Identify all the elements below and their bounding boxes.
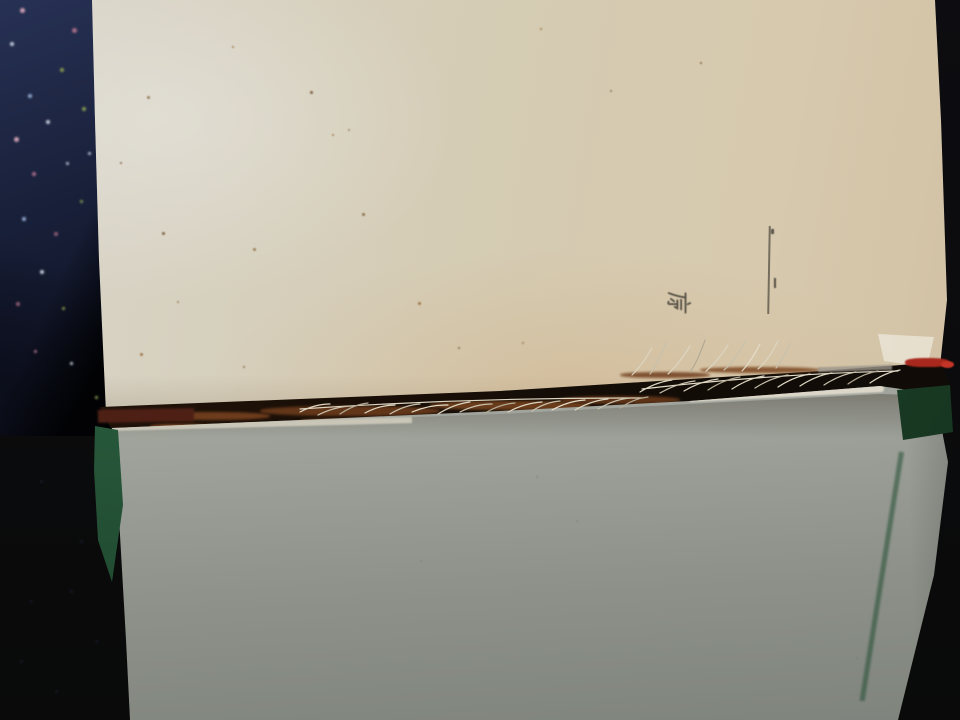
foxing-speck bbox=[147, 96, 150, 99]
flower-dot bbox=[10, 42, 14, 46]
foxing-speck bbox=[243, 366, 245, 368]
foxing-speck bbox=[540, 28, 542, 30]
page-speck bbox=[856, 657, 858, 659]
rust-patch bbox=[700, 367, 820, 373]
page-number-mark bbox=[774, 278, 776, 288]
background-speckle bbox=[55, 690, 58, 693]
foxing-speck bbox=[232, 46, 234, 48]
xu-character-strokes bbox=[666, 290, 692, 316]
flower-dot bbox=[72, 28, 77, 33]
flower-dot bbox=[66, 162, 69, 165]
foxing-speck bbox=[522, 342, 524, 344]
foxing-speck bbox=[418, 302, 421, 305]
flower-dot bbox=[70, 362, 73, 365]
flower-dot bbox=[20, 8, 25, 13]
foxing-speck bbox=[610, 90, 612, 92]
background-speckle bbox=[40, 480, 43, 483]
rule-tick-mark bbox=[771, 229, 774, 234]
flower-dot bbox=[46, 120, 50, 124]
maroon-spine-edge bbox=[98, 408, 194, 423]
background-speckle bbox=[30, 600, 33, 603]
foxing-speck bbox=[458, 347, 460, 349]
flower-dot bbox=[62, 307, 65, 310]
foxing-speck bbox=[362, 213, 365, 216]
preface-title-glyph-xu bbox=[666, 290, 692, 316]
flower-dot bbox=[14, 137, 19, 142]
background-speckle bbox=[20, 660, 23, 663]
rust-patch bbox=[260, 406, 440, 416]
flower-dot bbox=[16, 302, 20, 306]
flower-dot bbox=[54, 232, 58, 236]
foxing-speck bbox=[177, 301, 179, 303]
rust-patch bbox=[620, 372, 710, 378]
book-photograph: Щ▦Ж⊞Ф▧Э⊠Ѭ▨₩ ▤Ш≡Ѳ‡Я▦Ӝ§▧Ж⊡▧Ж▦Щ⊞Ф▨Э ⊠Ѭ₩▤Ш≡ … bbox=[0, 0, 960, 720]
page-speck bbox=[420, 560, 422, 562]
flower-dot bbox=[40, 270, 44, 274]
flower-dot bbox=[60, 68, 64, 72]
flower-dot bbox=[80, 200, 83, 203]
foxing-speck bbox=[310, 91, 313, 94]
background-speckle bbox=[80, 540, 83, 543]
flower-dot bbox=[95, 396, 98, 399]
background-speckle bbox=[70, 590, 73, 593]
flower-dot bbox=[22, 217, 26, 221]
flower-dot bbox=[34, 350, 37, 353]
foxing-speck bbox=[162, 232, 165, 235]
flower-dot bbox=[28, 94, 32, 98]
page-speck bbox=[576, 520, 578, 522]
foxing-speck bbox=[700, 62, 702, 64]
foxing-speck bbox=[140, 353, 143, 356]
foxing-speck bbox=[348, 129, 350, 131]
page-speck bbox=[536, 476, 538, 478]
foxing-speck bbox=[253, 248, 256, 251]
running-title-rule bbox=[767, 226, 771, 314]
flower-dot bbox=[82, 107, 86, 111]
flower-dot bbox=[32, 172, 36, 176]
foxing-speck bbox=[332, 134, 334, 136]
background-speckle bbox=[95, 640, 98, 643]
red-headband-dot bbox=[941, 361, 954, 368]
foxing-speck bbox=[120, 162, 122, 164]
flower-dot bbox=[88, 152, 91, 155]
